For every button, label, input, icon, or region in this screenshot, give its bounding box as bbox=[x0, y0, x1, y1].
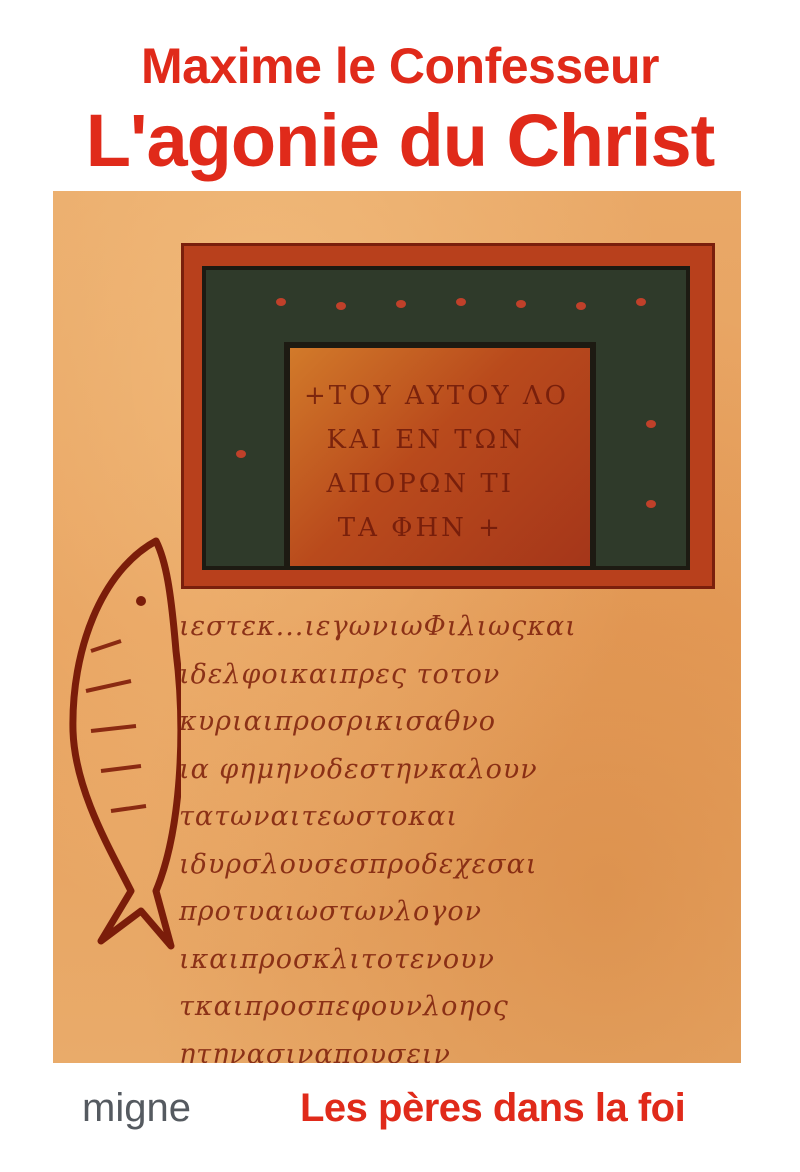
headpiece-panel: +ΤΟΥ ΑΥΤΟΥ ΛΟ ΚΑΙ ΕΝ ΤΩΝ ΑΠΟΡΩΝ ΤΙ ΤΑ ΦΗ… bbox=[284, 342, 596, 566]
ornament-dot bbox=[456, 298, 466, 306]
fish-marginalia-icon bbox=[61, 531, 181, 951]
ornament-dot bbox=[236, 450, 246, 458]
headpiece-green-border: +ΤΟΥ ΑΥΤΟΥ ΛΟ ΚΑΙ ΕΝ ΤΩΝ ΑΠΟΡΩΝ ΤΙ ΤΑ ΦΗ… bbox=[202, 266, 690, 570]
publisher-name: migne bbox=[82, 1080, 191, 1136]
book-title: L'agonie du Christ bbox=[0, 96, 800, 186]
manuscript-script: ιεστεκ...ιεγωνιωΦιλιωςκαι ιδελφοικαιπρες… bbox=[179, 603, 739, 1063]
author-name: Maxime le Confesseur bbox=[0, 36, 800, 96]
ornament-dot bbox=[336, 302, 346, 310]
ornament-dot bbox=[276, 298, 286, 306]
ornament-dot bbox=[636, 298, 646, 306]
headpiece-frame: +ΤΟΥ ΑΥΤΟΥ ΛΟ ΚΑΙ ΕΝ ΤΩΝ ΑΠΟΡΩΝ ΤΙ ΤΑ ΦΗ… bbox=[181, 243, 715, 589]
ornament-dot bbox=[576, 302, 586, 310]
ornament-dot bbox=[396, 300, 406, 308]
ornament-dot bbox=[646, 500, 656, 508]
series-name: Les pères dans la foi bbox=[300, 1080, 685, 1136]
headpiece-text: +ΤΟΥ ΑΥΤΟΥ ΛΟ ΚΑΙ ΕΝ ΤΩΝ ΑΠΟΡΩΝ ΤΙ ΤΑ ΦΗ… bbox=[304, 374, 580, 550]
manuscript-illustration: +ΤΟΥ ΑΥΤΟΥ ΛΟ ΚΑΙ ΕΝ ΤΩΝ ΑΠΟΡΩΝ ΤΙ ΤΑ ΦΗ… bbox=[53, 191, 741, 1063]
ornament-dot bbox=[646, 420, 656, 428]
ornament-dot bbox=[516, 300, 526, 308]
